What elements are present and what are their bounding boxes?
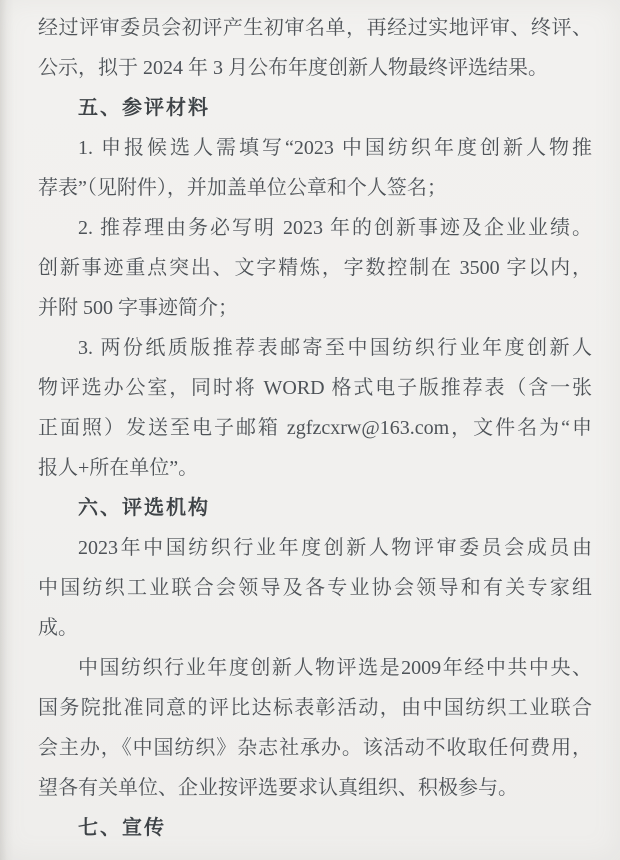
- text-line: 并附 500 字事迹简介；: [38, 288, 592, 328]
- text-line: 2023年中国纺织行业年度创新人物评审委员会成员由: [38, 528, 592, 568]
- document-text: 经过评审委员会初评产生初审名单，再经过实地评审、终评、公示，拟于 2024 年 …: [38, 8, 592, 848]
- text-line: 公示，拟于 2024 年 3 月公布年度创新人物最终评选结果。: [38, 48, 592, 88]
- section-heading: 六、评选机构: [38, 488, 592, 528]
- text-line: 1. 申报候选人需填写“2023 中国纺织年度创新人物推: [38, 128, 592, 168]
- text-line: 创新事迹重点突出、文字精炼，字数控制在 3500 字以内，: [38, 248, 592, 288]
- document-page: 经过评审委员会初评产生初审名单，再经过实地评审、终评、公示，拟于 2024 年 …: [0, 0, 620, 860]
- section-heading: 七、宣传: [38, 808, 592, 848]
- text-line: 成。: [38, 608, 592, 648]
- text-line: 荐表”（见附件），并加盖单位公章和个人签名；: [38, 168, 592, 208]
- text-line: 经过评审委员会初评产生初审名单，再经过实地评审、终评、: [38, 8, 592, 48]
- text-line: 中国纺织行业年度创新人物评选是2009年经中共中央、: [38, 648, 592, 688]
- text-line: 中国纺织工业联合会领导及各专业协会领导和有关专家组: [38, 568, 592, 608]
- text-line: 2. 推荐理由务必写明 2023 年的创新事迹及企业业绩。: [38, 208, 592, 248]
- text-line: 国务院批准同意的评比达标表彰活动，由中国纺织工业联合: [38, 688, 592, 728]
- text-line: 会主办，《中国纺织》杂志社承办。该活动不收取任何费用，: [38, 728, 592, 768]
- text-line: 3. 两份纸质版推荐表邮寄至中国纺织行业年度创新人: [38, 328, 592, 368]
- section-heading: 五、参评材料: [38, 88, 592, 128]
- text-line: 报人+所在单位”。: [38, 448, 592, 488]
- text-line: 物评选办公室，同时将 WORD 格式电子版推荐表（含一张: [38, 368, 592, 408]
- text-line: 正面照）发送至电子邮箱 zgfzcxrw@163.com，文件名为“申: [38, 408, 592, 448]
- text-line: 望各有关单位、企业按评选要求认真组织、积极参与。: [38, 768, 592, 808]
